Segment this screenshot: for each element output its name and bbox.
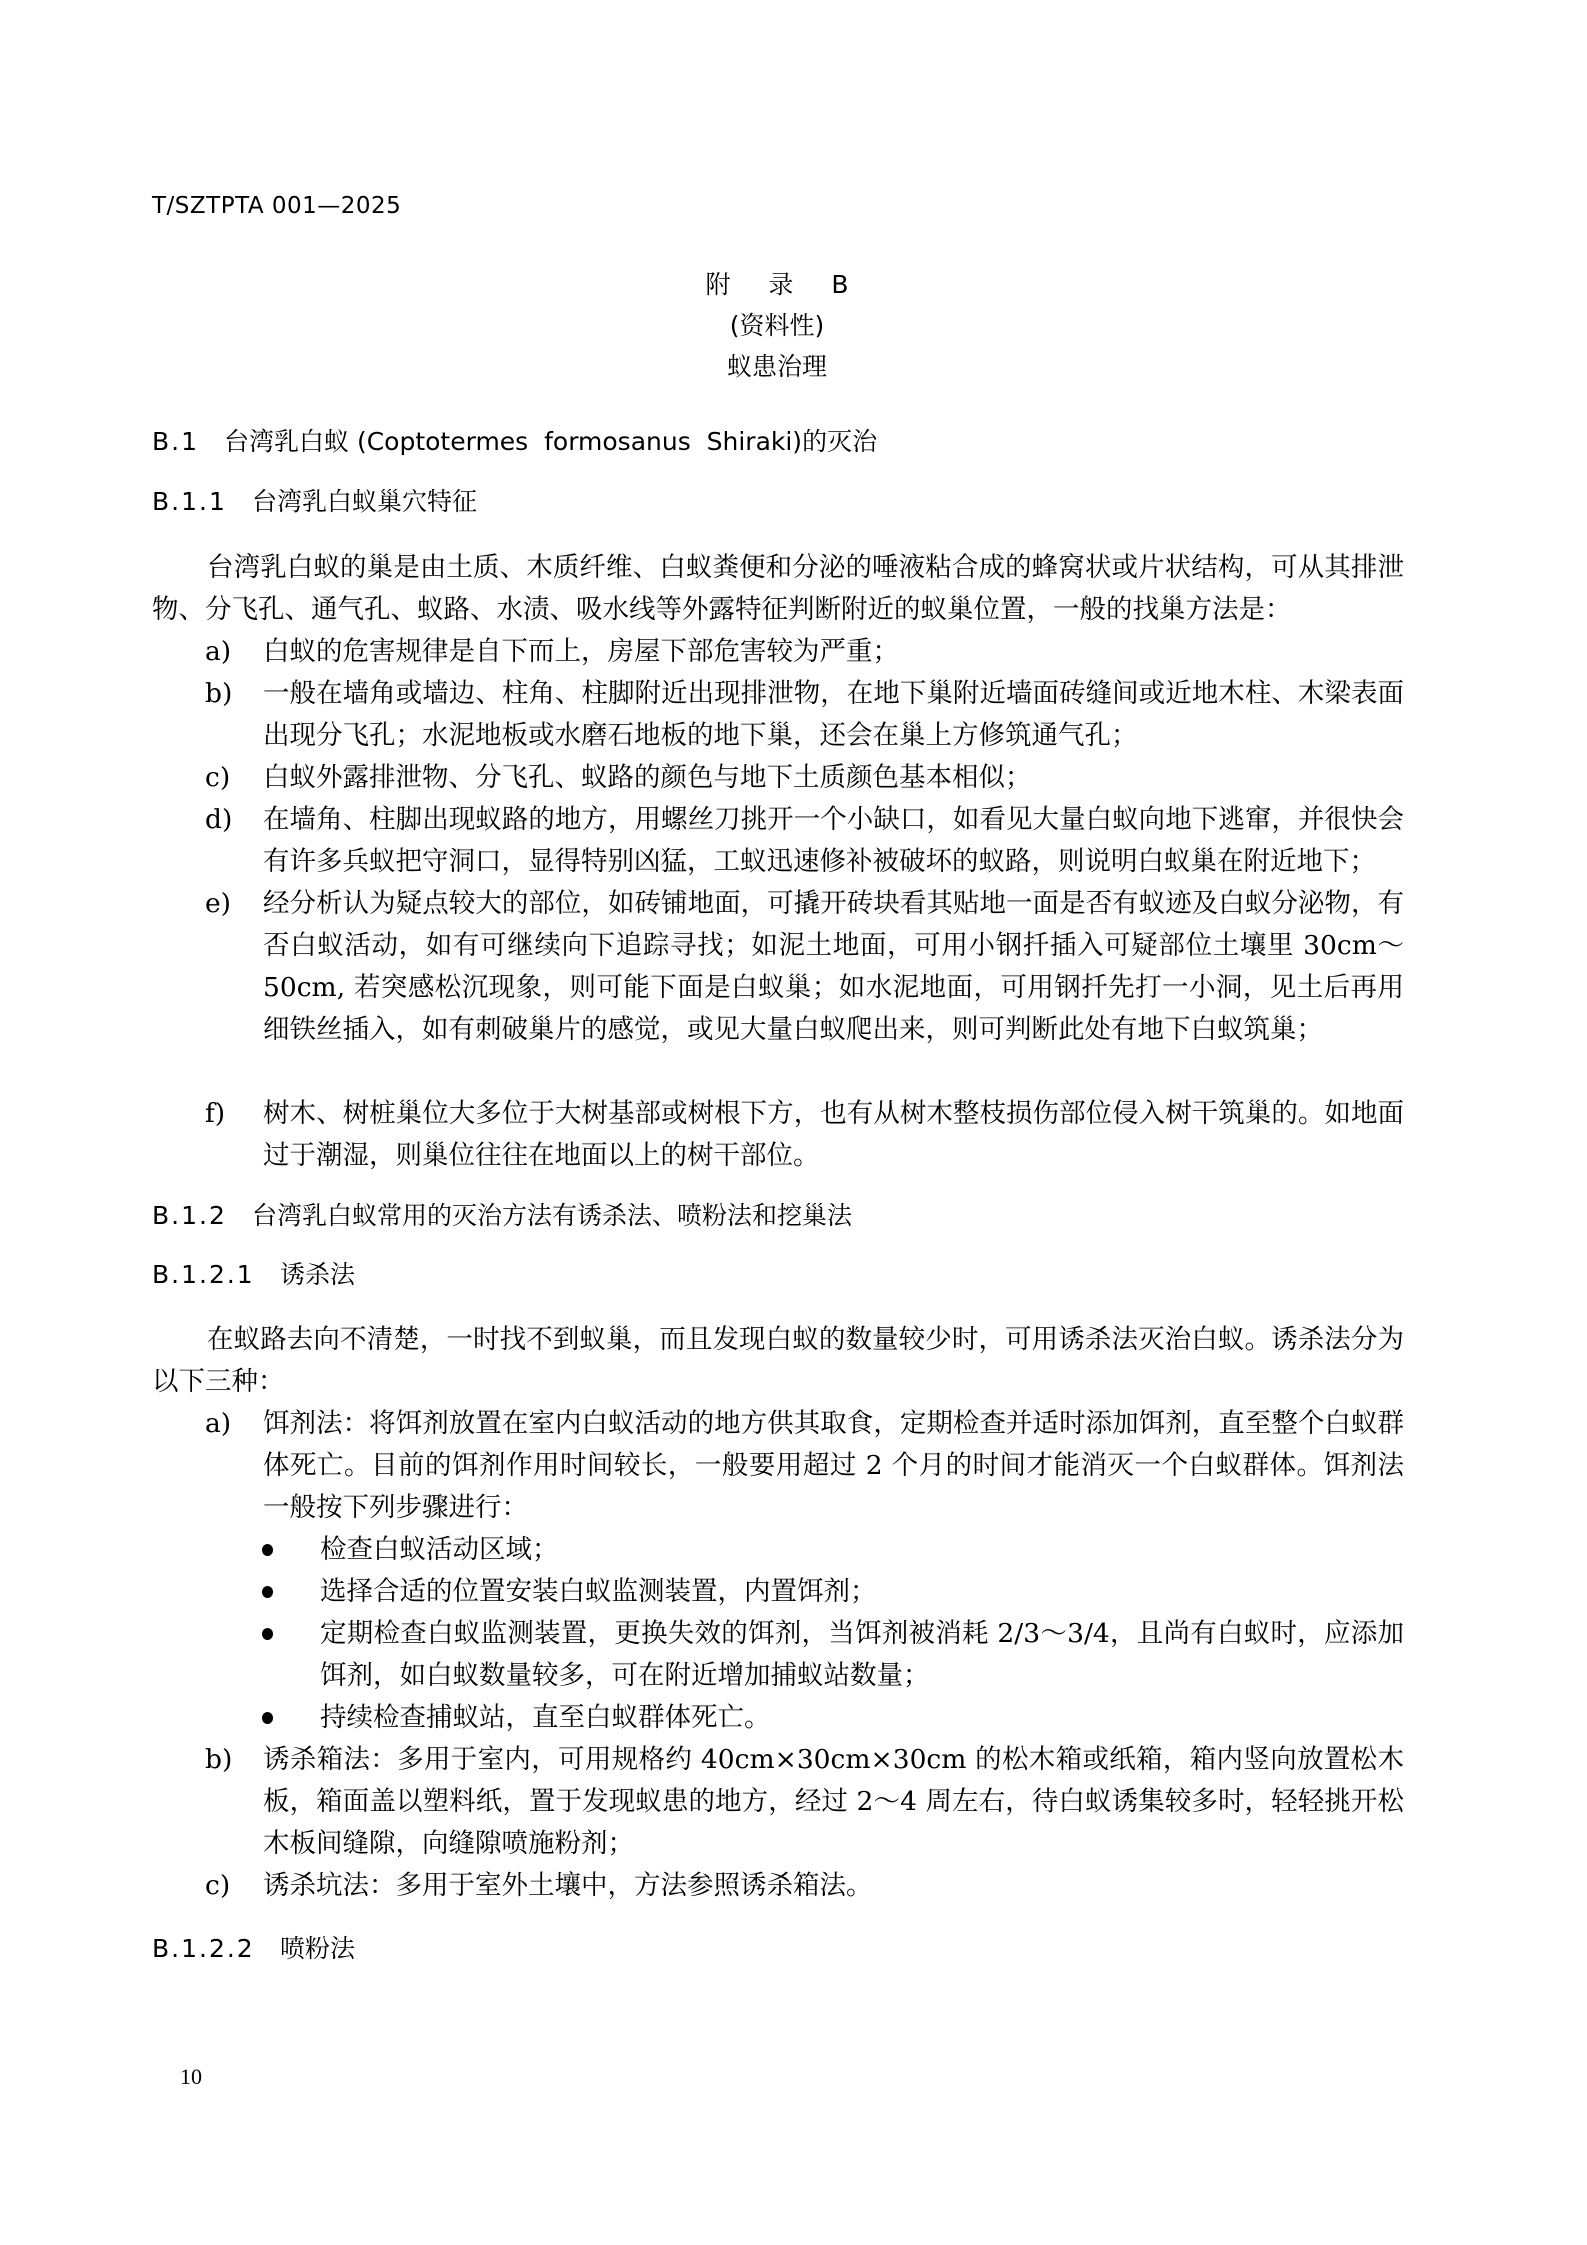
list-marker: f) [205,1093,260,1135]
bullet-item-text: 持续检查捕蚁站，直至白蚁群体死亡。 [320,1697,1404,1739]
section-title: 台湾乳白蚁巢穴特征 [252,485,477,519]
list-item-text: 白蚁外露排泄物、分飞孔、蚁路的颜色与地下土质颜色基本相似； [263,757,1404,799]
list-item: a) 白蚁的危害规律是自下而上，房屋下部危害较为严重； [205,631,1404,673]
section-number: B.1.2.1 [152,1258,280,1292]
list-item-text: 一般在墙角或墙边、柱角、柱脚附近出现排泄物，在地下巢附近墙面砖缝间或近地木柱、木… [263,673,1404,757]
section-heading-b12: B.1.2台湾乳白蚁常用的灭治方法有诱杀法、喷粉法和挖巢法 [152,1199,852,1233]
list-item: b) 诱杀箱法：多用于室内，可用规格约 40cm×30cm×30cm 的松木箱或… [205,1739,1404,1865]
section-title: 台湾乳白蚁 (Coptotermes formosanus Shiraki)的灭… [224,425,877,459]
list-item-text: 诱杀坑法：多用于室外土壤中，方法参照诱杀箱法。 [263,1865,1404,1907]
list-item-text: 在墙角、柱脚出现蚁路的地方，用螺丝刀挑开一个小缺口，如看见大量白蚁向地下逃窜，并… [263,799,1404,883]
appendix-type: (资料性) [0,306,1554,342]
section-title: 台湾乳白蚁常用的灭治方法有诱杀法、喷粉法和挖巢法 [252,1199,852,1233]
list-item-text: 经分析认为疑点较大的部位，如砖铺地面，可撬开砖块看其贴地一面是否有蚁迹及白蚁分泌… [263,883,1404,1051]
appendix-label-part: 录 [768,270,793,299]
document-page: T/SZTPTA 001—2025 附 录 B (资料性) 蚁患治理 B.1台湾… [0,0,1587,2245]
list-marker: a) [205,1403,260,1445]
section-title: 喷粉法 [280,1932,355,1966]
bullet-item-text: 检查白蚁活动区域； [320,1529,1404,1571]
bullet-icon [262,1628,273,1640]
list-marker: e) [205,883,260,925]
list-item: b) 一般在墙角或墙边、柱角、柱脚附近出现排泄物，在地下巢附近墙面砖缝间或近地木… [205,673,1404,757]
bullet-item: 定期检查白蚁监测装置，更换失效的饵剂，当饵剂被消耗 2/3～3/4，且尚有白蚁时… [262,1613,1404,1697]
list-item-text: 饵剂法：将饵剂放置在室内白蚁活动的地方供其取食，定期检查并适时添加饵剂，直至整个… [263,1403,1404,1529]
list-item-text: 白蚁的危害规律是自下而上，房屋下部危害较为严重； [263,631,1404,673]
list-marker: a) [205,631,260,673]
bullet-icon [262,1544,273,1556]
list-item: f) 树木、树桩巢位大多位于大树基部或树根下方，也有从树木整枝损伤部位侵入树干筑… [205,1093,1404,1177]
list-item: c) 白蚁外露排泄物、分飞孔、蚁路的颜色与地下土质颜色基本相似； [205,757,1404,799]
bullet-icon [262,1712,273,1724]
page-number: 10 [180,2064,202,2090]
bullet-item: 选择合适的位置安装白蚁监测装置，内置饵剂； [262,1571,1404,1613]
appendix-name: 蚁患治理 [0,347,1554,383]
section-title: 诱杀法 [280,1258,355,1292]
section-heading-b1: B.1台湾乳白蚁 (Coptotermes formosanus Shiraki… [152,425,877,459]
list-marker: c) [205,757,260,799]
bullet-item-text: 选择合适的位置安装白蚁监测装置，内置饵剂； [320,1571,1404,1613]
list-item-text: 诱杀箱法：多用于室内，可用规格约 40cm×30cm×30cm 的松木箱或纸箱，… [263,1739,1404,1865]
section-number: B.1 [152,425,224,459]
bullet-item: 持续检查捕蚁站，直至白蚁群体死亡。 [262,1697,1404,1739]
list-marker: d) [205,799,260,841]
list-marker: b) [205,673,260,715]
bullet-item-text: 定期检查白蚁监测装置，更换失效的饵剂，当饵剂被消耗 2/3～3/4，且尚有白蚁时… [320,1613,1404,1697]
appendix-label: 附 录 B [0,265,1554,301]
list-marker: b) [205,1739,260,1781]
paragraph: 台湾乳白蚁的巢是由土质、木质纤维、白蚁粪便和分泌的唾液粘合成的蜂窝状或片状结构，… [152,547,1404,631]
section-heading-b11: B.1.1台湾乳白蚁巢穴特征 [152,485,477,519]
section-number: B.1.2 [152,1199,252,1233]
appendix-label-part: B [831,270,848,299]
document-code: T/SZTPTA 001—2025 [152,193,401,219]
section-number: B.1.2.2 [152,1932,280,1966]
list-item-text: 树木、树桩巢位大多位于大树基部或树根下方，也有从树木整枝损伤部位侵入树干筑巢的。… [263,1093,1404,1177]
list-item: d) 在墙角、柱脚出现蚁路的地方，用螺丝刀挑开一个小缺口，如看见大量白蚁向地下逃… [205,799,1404,883]
section-heading-b122: B.1.2.2喷粉法 [152,1932,355,1966]
bullet-icon [262,1586,273,1598]
appendix-label-part: 附 [705,270,730,299]
paragraph: 在蚁路去向不清楚，一时找不到蚁巢，而且发现白蚁的数量较少时，可用诱杀法灭治白蚁。… [152,1319,1404,1403]
list-marker: c) [205,1865,260,1907]
section-heading-b121: B.1.2.1诱杀法 [152,1258,355,1292]
list-item: a) 饵剂法：将饵剂放置在室内白蚁活动的地方供其取食，定期检查并适时添加饵剂，直… [205,1403,1404,1529]
section-number: B.1.1 [152,485,252,519]
bullet-item: 检查白蚁活动区域； [262,1529,1404,1571]
list-item: c) 诱杀坑法：多用于室外土壤中，方法参照诱杀箱法。 [205,1865,1404,1907]
list-item: e) 经分析认为疑点较大的部位，如砖铺地面，可撬开砖块看其贴地一面是否有蚁迹及白… [205,883,1404,1051]
